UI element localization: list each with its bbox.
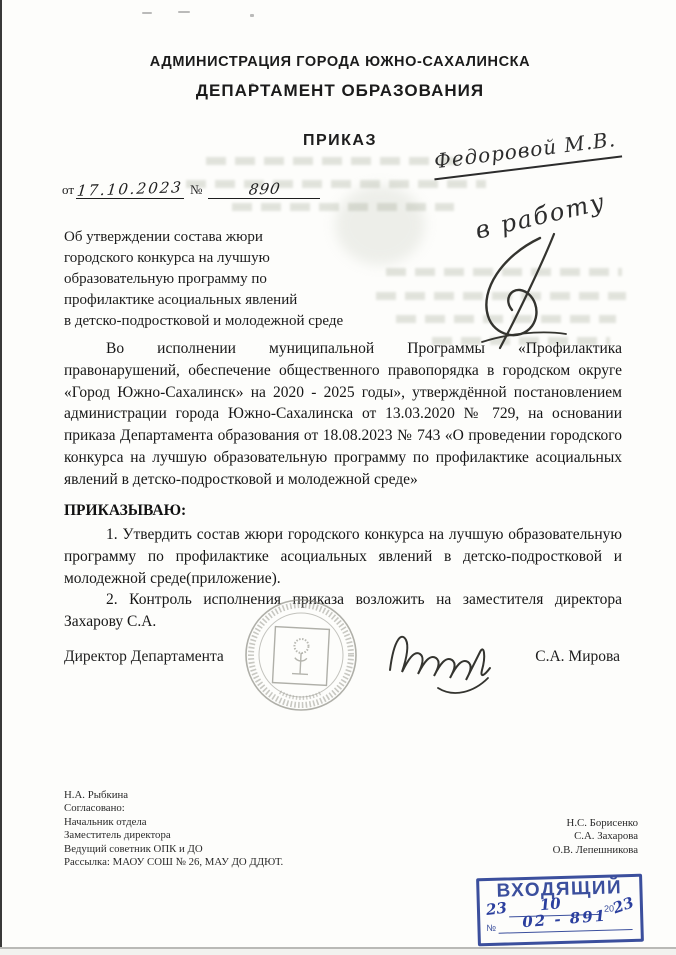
order-item: 1. Утвердить состав жюри городского конк… bbox=[64, 524, 622, 589]
number-label: № bbox=[190, 182, 202, 197]
incoming-stamp: ВХОДЯЩИЙ 23 10 20 23 № 02 - 891 bbox=[476, 874, 644, 947]
subject-block: Об утверждении состава жюри городского к… bbox=[64, 227, 343, 332]
footer-line: Ведущий советник ОПК и ДО bbox=[64, 843, 283, 856]
scan-edge-artifact bbox=[0, 0, 2, 949]
footer-distribution-line: Рассылка: МАОУ СОШ № 26, МАУ ДО ДДЮТ. bbox=[64, 856, 283, 869]
scan-speck bbox=[250, 14, 254, 17]
date-underline: 17.10.2023 bbox=[76, 180, 184, 199]
number-underline: 890 bbox=[208, 180, 320, 199]
signer-title: Директор Департамента bbox=[64, 648, 224, 666]
scanned-order-document: АДМИНИСТРАЦИЯ ГОРОДА ЮЖНО-САХАЛИНСКА ДЕП… bbox=[0, 0, 676, 955]
footer-signee: С.А. Захарова bbox=[553, 830, 638, 843]
bleed-through-text-artifact bbox=[232, 203, 454, 211]
bleed-through-smudge bbox=[335, 185, 425, 265]
footer-signee: Н.С. Борисенко bbox=[553, 817, 638, 830]
stamp-number-underline: 02 - 891 bbox=[498, 915, 633, 934]
handwritten-stamp-day: 23 bbox=[485, 899, 508, 919]
director-signature-icon bbox=[382, 608, 497, 708]
footer-signees: Н.С. Борисенко С.А. Захарова О.В. Лепешн… bbox=[553, 817, 638, 857]
resolution-signature-icon bbox=[462, 230, 582, 350]
date-number-line: от17.10.2023№890 bbox=[62, 180, 320, 199]
footer-signee: О.В. Лепешникова bbox=[553, 844, 638, 857]
order-heading: ПРИКАЗЫВАЮ: bbox=[64, 502, 186, 520]
subject-line: городского конкурса на лучшую bbox=[64, 248, 343, 269]
signer-name: С.А. Мирова bbox=[535, 648, 620, 666]
round-seal-stamp bbox=[242, 594, 360, 716]
stamp-number-label: № bbox=[486, 923, 496, 934]
bleed-through-text-artifact bbox=[206, 157, 468, 165]
handwritten-date: 17.10.2023 bbox=[76, 178, 184, 200]
document-letterhead: АДМИНИСТРАЦИЯ ГОРОДА ЮЖНО-САХАЛИНСКА ДЕП… bbox=[40, 54, 640, 101]
subject-line: в детско-подростковой и молодежной среде bbox=[64, 311, 343, 332]
footer-line: Согласовано: bbox=[64, 802, 283, 815]
body-paragraph: Во исполнении муниципальной Программы «П… bbox=[64, 338, 622, 491]
organization-name: АДМИНИСТРАЦИЯ ГОРОДА ЮЖНО-САХАЛИНСКА bbox=[40, 54, 640, 70]
date-from-label: от bbox=[62, 182, 74, 197]
footer-approvals: Н.А. Рыбкина Согласовано: Начальник отде… bbox=[64, 789, 283, 869]
footer-line: Заместитель директора bbox=[64, 829, 283, 842]
footer-line: Н.А. Рыбкина bbox=[64, 789, 283, 802]
scan-speck bbox=[178, 11, 190, 13]
handwritten-number: 890 bbox=[247, 179, 281, 198]
footer-line: Начальник отдела bbox=[64, 816, 283, 829]
subject-line: Об утверждении состава жюри bbox=[64, 227, 343, 248]
scan-speck bbox=[142, 12, 152, 14]
subject-line: профилактике асоциальных явлений bbox=[64, 290, 343, 311]
scan-below-area bbox=[0, 949, 676, 955]
handwritten-resolution-block: Федоровой М.В. в работу bbox=[432, 138, 668, 169]
subject-line: образовательную программу по bbox=[64, 269, 343, 290]
department-name: ДЕПАРТАМЕНТ ОБРАЗОВАНИЯ bbox=[40, 81, 640, 101]
